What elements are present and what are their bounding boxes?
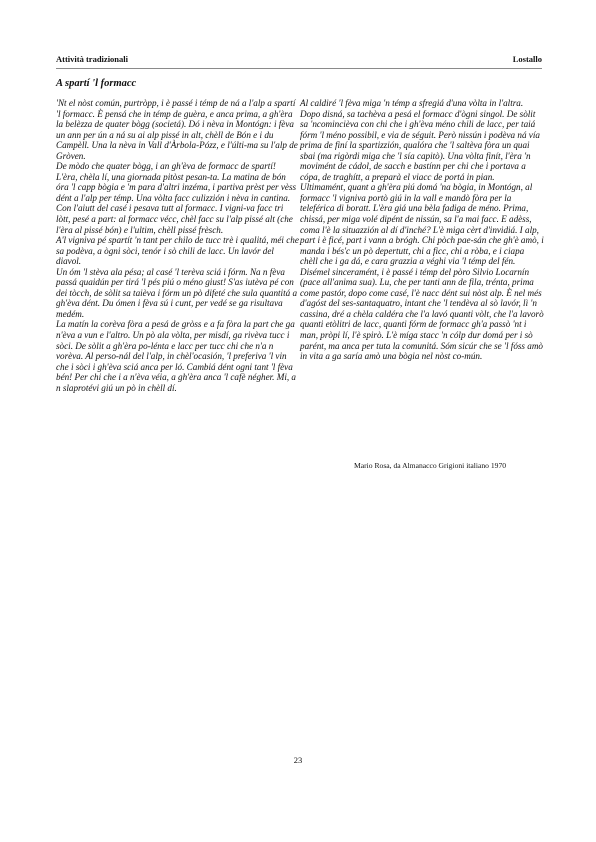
- article-title: A spartí 'l formacc: [56, 78, 136, 89]
- paragraph: Un óm 'l stèva ala pésa; al casé 'l terè…: [56, 267, 299, 320]
- paragraph: Ultimamént, quant a gh'èra piú domá 'na …: [300, 182, 544, 266]
- page-number: 23: [0, 755, 596, 765]
- location-title: Lostallo: [513, 54, 542, 64]
- paragraph: Disémel sinceramént, i è passé i témp de…: [300, 267, 544, 362]
- section-title: Attività tradizionali: [56, 54, 128, 64]
- left-column: 'Nt el nòst común, purtròpp, i è passé i…: [56, 98, 299, 393]
- paragraph: 'Nt el nòst común, purtròpp, i è passé i…: [56, 98, 299, 161]
- running-header: Attività tradizionali Lostallo: [56, 52, 542, 69]
- paragraph: La matín la corèva fòra a pesá de gròss …: [56, 319, 299, 393]
- paragraph: De mòdo che quater bògg, i an gh'èva de …: [56, 161, 299, 235]
- paragraph: Al caldiré 'l fèva miga 'n témp a sfregi…: [300, 98, 544, 182]
- source-attribution: Mario Rosa, da Almanacco Grigioni italia…: [354, 461, 506, 470]
- paragraph: A'l vigniva pé spartít 'n tant per chilo…: [56, 235, 299, 267]
- right-column: Al caldiré 'l fèva miga 'n témp a sfregi…: [300, 98, 544, 362]
